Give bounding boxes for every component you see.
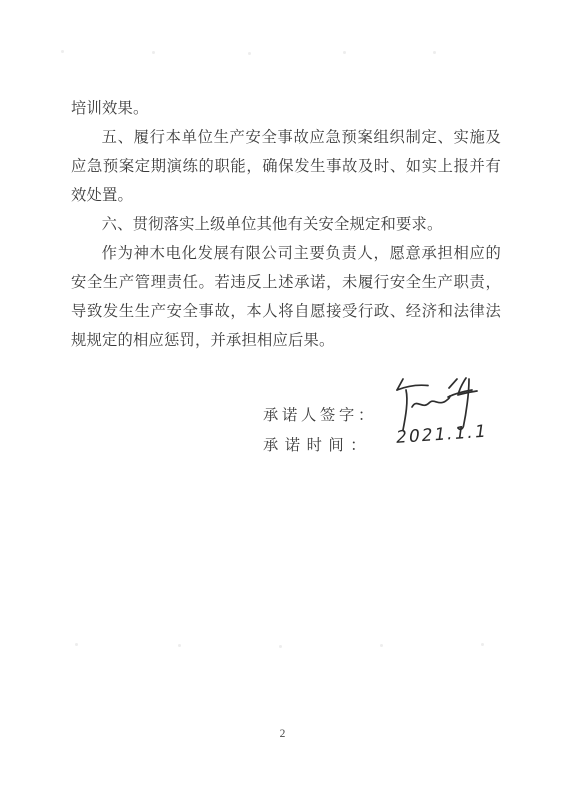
document-page: 培训效果。 五、履行本单位生产安全事故应急预案组织制定、实施及应急预案定期演练的… [0, 0, 565, 800]
page-number: 2 [0, 728, 565, 740]
paragraph-training-effect: 培训效果。 [71, 94, 501, 123]
document-body: 培训效果。 五、履行本单位生产安全事故应急预案组织制定、实施及应急预案定期演练的… [71, 94, 501, 355]
paragraph-commitment-pledge: 作为神木电化发展有限公司主要负责人，愿意承担相应的安全生产管理责任。若违反上述承… [71, 239, 501, 355]
paragraph-item-five: 五、履行本单位生产安全事故应急预案组织制定、实施及应急预案定期演练的职能，确保发… [71, 123, 501, 210]
promise-date-label: 承诺时间： [263, 437, 372, 454]
promiser-signature-label: 承诺人签字： [263, 407, 377, 424]
paragraph-item-six: 六、贯彻落实上级单位其他有关安全规定和要求。 [71, 210, 501, 239]
